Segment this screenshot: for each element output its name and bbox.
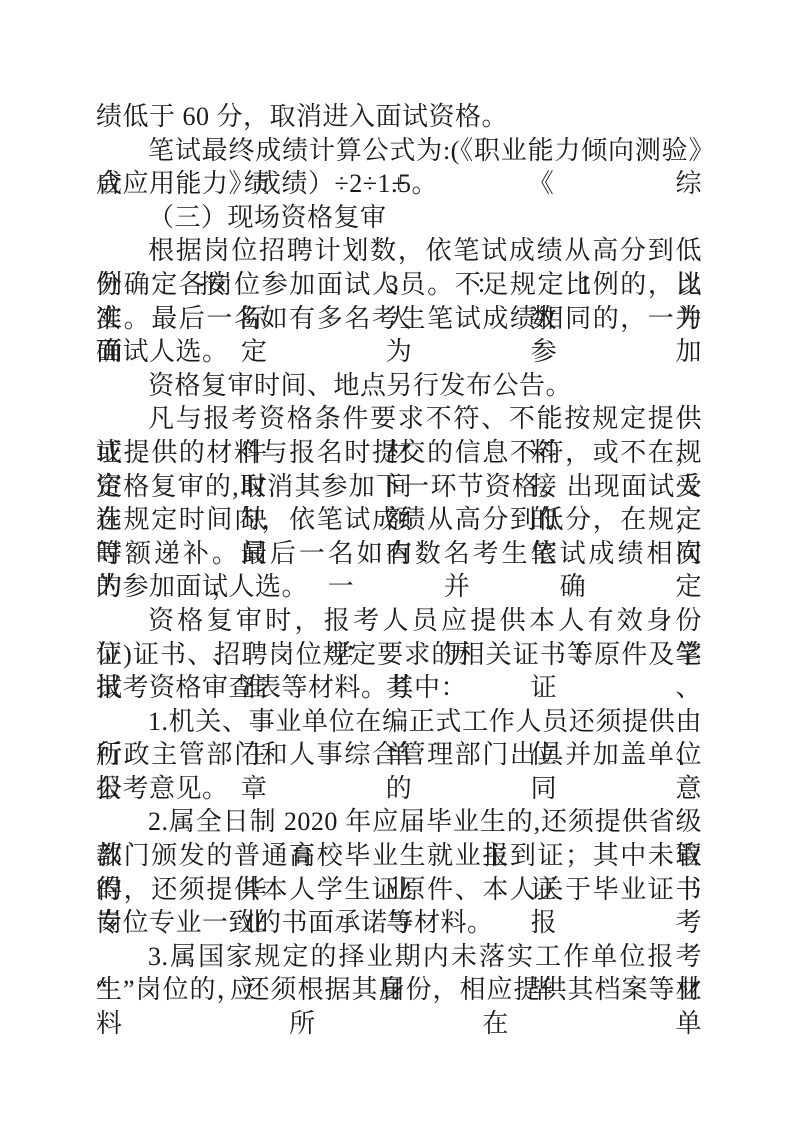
text-line: 在规定时间内，依笔试成绩从高分到低分，在规定时间内依次 [96,503,702,537]
document-text-block: 绩低于 60 分，取消进入面试资格。 笔试最终成绩计算公式为:(《职业能力倾向测… [96,100,702,1007]
text-line: 凡与报考资格条件要求不符、不能按规定提供证件材料， [96,402,702,436]
text-line: 3.属国家规定的择业期内未落实工作单位报考“应届毕业 [96,940,702,974]
text-line: 位)证书、招聘岗位规定要求的相关证书等原件及笔试准考证、 [96,638,702,672]
text-line: 根据岗位招聘计划数，依笔试成绩从高分到低分按 3：1 比 [96,234,702,268]
text-line: 或提供的材料与报名时提交的信息不符，或不在规定时间接受 [96,436,702,470]
text-line: 生”岗位的，还须根据其身份，相应提供其档案等材料所在单 [96,973,702,1007]
section-heading: （三）现场资格复审 [96,201,702,235]
text-line: 资格复审时间、地点另行发布公告。 [96,369,702,403]
text-line: 资格复审的,取消其参加下一环节资格。出现面试人选缺额的， [96,470,702,504]
text-line: 1.机关、事业单位在编正式工作人员还须提供由所在单位、 [96,705,702,739]
text-line: 准。最后一名如有多名考生笔试成绩相同的，一并确定为参加 [96,302,702,336]
text-line: 笔试最终成绩计算公式为:(《职业能力倾向测验》成绩+《综 [96,134,702,168]
document-page: 绩低于 60 分，取消进入面试资格。 笔试最终成绩计算公式为:(《职业能力倾向测… [0,0,793,1122]
text-line: 行政主管部门和人事综合管理部门出具并加盖单位公章的同意 [96,738,702,772]
text-line: 2.属全日制 2020 年应届毕业生的,还须提供省级教育主管 [96,805,702,839]
text-line: 部门颁发的普通高校毕业生就业报到证；其中未取得毕业证书 [96,839,702,873]
text-line: 绩低于 60 分，取消进入面试资格。 [96,100,702,134]
text-line: 的，还须提供本人学生证原件、本人关于毕业证书专业与报考 [96,873,702,907]
text-line: 等额递补。最后一名如有数名考生笔试成绩相同的，一并确定 [96,537,702,571]
text-line: 资格复审时，报考人员应提供本人有效身份证、学历（学 [96,604,702,638]
text-line: 例确定各岗位参加面试人员。不足规定比例的，以实际人数为 [96,268,702,302]
